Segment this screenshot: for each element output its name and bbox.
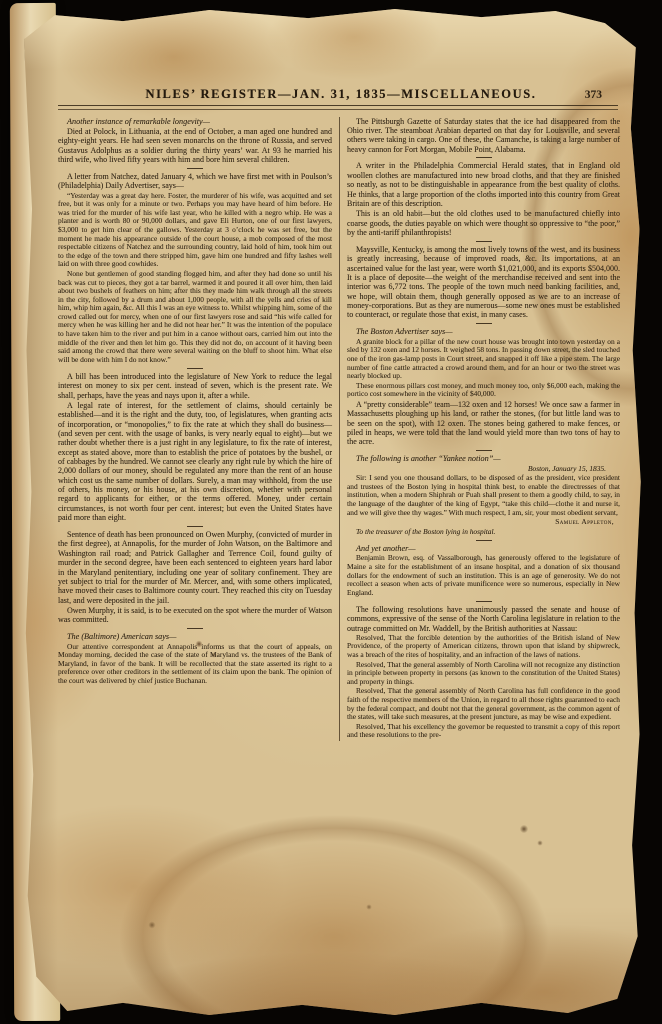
article-paragraph: These enormous pillars cost money, and m… — [347, 382, 620, 399]
left-column: Another instance of remarkable longevity… — [58, 117, 339, 741]
article-paragraph: Owen Murphy, it is said, is to be execut… — [58, 606, 332, 625]
page-number: 373 — [537, 89, 624, 101]
columns: Another instance of remarkable longevity… — [58, 117, 620, 741]
article-heading: Another instance of remarkable longevity… — [58, 117, 332, 127]
article-separator — [476, 241, 492, 242]
article-paragraph: Sir: I send you one thousand dollars, to… — [347, 474, 620, 517]
masthead: NILES’ REGISTER—JAN. 31, 1835—MISCELLANE… — [58, 87, 624, 102]
article-paragraph: Benjamin Brown, esq. of Vassalborough, h… — [347, 554, 620, 597]
article-separator — [476, 157, 492, 158]
article-paragraph: Sentence of death has been pronounced on… — [58, 530, 332, 605]
right-column: The Pittsburgh Gazette of Saturday state… — [339, 117, 620, 741]
article-separator — [476, 450, 492, 451]
article-paragraph: A bill has been introduced into the legi… — [58, 372, 332, 400]
article-paragraph: A legal rate of interest, for the settle… — [58, 401, 332, 523]
article-heading: The (Baltimore) American says— — [58, 632, 332, 642]
article-paragraph: A granite block for a pillar of the new … — [347, 338, 620, 381]
article-paragraph: Maysville, Kentucky, is among the most l… — [347, 245, 620, 320]
resolution-paragraph: Resolved, That the general assembly of N… — [347, 687, 620, 721]
article-heading: And yet another— — [347, 544, 620, 554]
resolution-paragraph: Resolved, That the forcible detention by… — [347, 634, 620, 660]
article-paragraph: A letter from Natchez, dated January 4, … — [58, 172, 332, 191]
resolution-paragraph: Resolved, That his excellency the govern… — [347, 723, 620, 740]
article-paragraph: Our attentive correspondent at Annapolis… — [58, 643, 332, 686]
article-paragraph: The following resolutions have unanimous… — [347, 605, 620, 633]
article-paragraph: A writer in the Philadelphia Commercial … — [347, 161, 620, 208]
article-separator — [187, 368, 203, 369]
resolution-paragraph: Resolved, That the general assembly of N… — [347, 661, 620, 687]
masthead-title: NILES’ REGISTER—JAN. 31, 1835—MISCELLANE… — [145, 87, 536, 102]
article-paragraph: None but gentlemen of good standing flog… — [58, 270, 332, 364]
article-separator — [476, 601, 492, 602]
article-heading: The Boston Advertiser says— — [347, 327, 620, 337]
article-paragraph: This is an old habit—but the old clothes… — [347, 209, 620, 237]
article-separator — [187, 526, 203, 527]
letter-signature: Samuel Appleton, — [347, 518, 620, 527]
article-separator — [476, 540, 492, 541]
article-separator — [187, 628, 203, 629]
article-paragraph: “Yesterday was a great day here. Foster,… — [58, 192, 332, 269]
article-separator — [187, 168, 203, 169]
masthead-rule — [58, 105, 618, 110]
letter-dateline: Boston, January 15, 1835. — [347, 465, 620, 474]
article-separator — [476, 323, 492, 324]
article-paragraph: A “pretty considerable” team—132 oxen an… — [347, 400, 620, 447]
article-heading: The following is another “Yankee notion”… — [347, 454, 620, 464]
letter-address: To the treasurer of the Boston lying in … — [347, 528, 620, 537]
article-paragraph: The Pittsburgh Gazette of Saturday state… — [347, 117, 620, 154]
article-paragraph: Died at Polock, in Lithuania, at the end… — [58, 127, 332, 164]
newspaper-page: NILES’ REGISTER—JAN. 31, 1835—MISCELLANE… — [24, 7, 642, 1017]
